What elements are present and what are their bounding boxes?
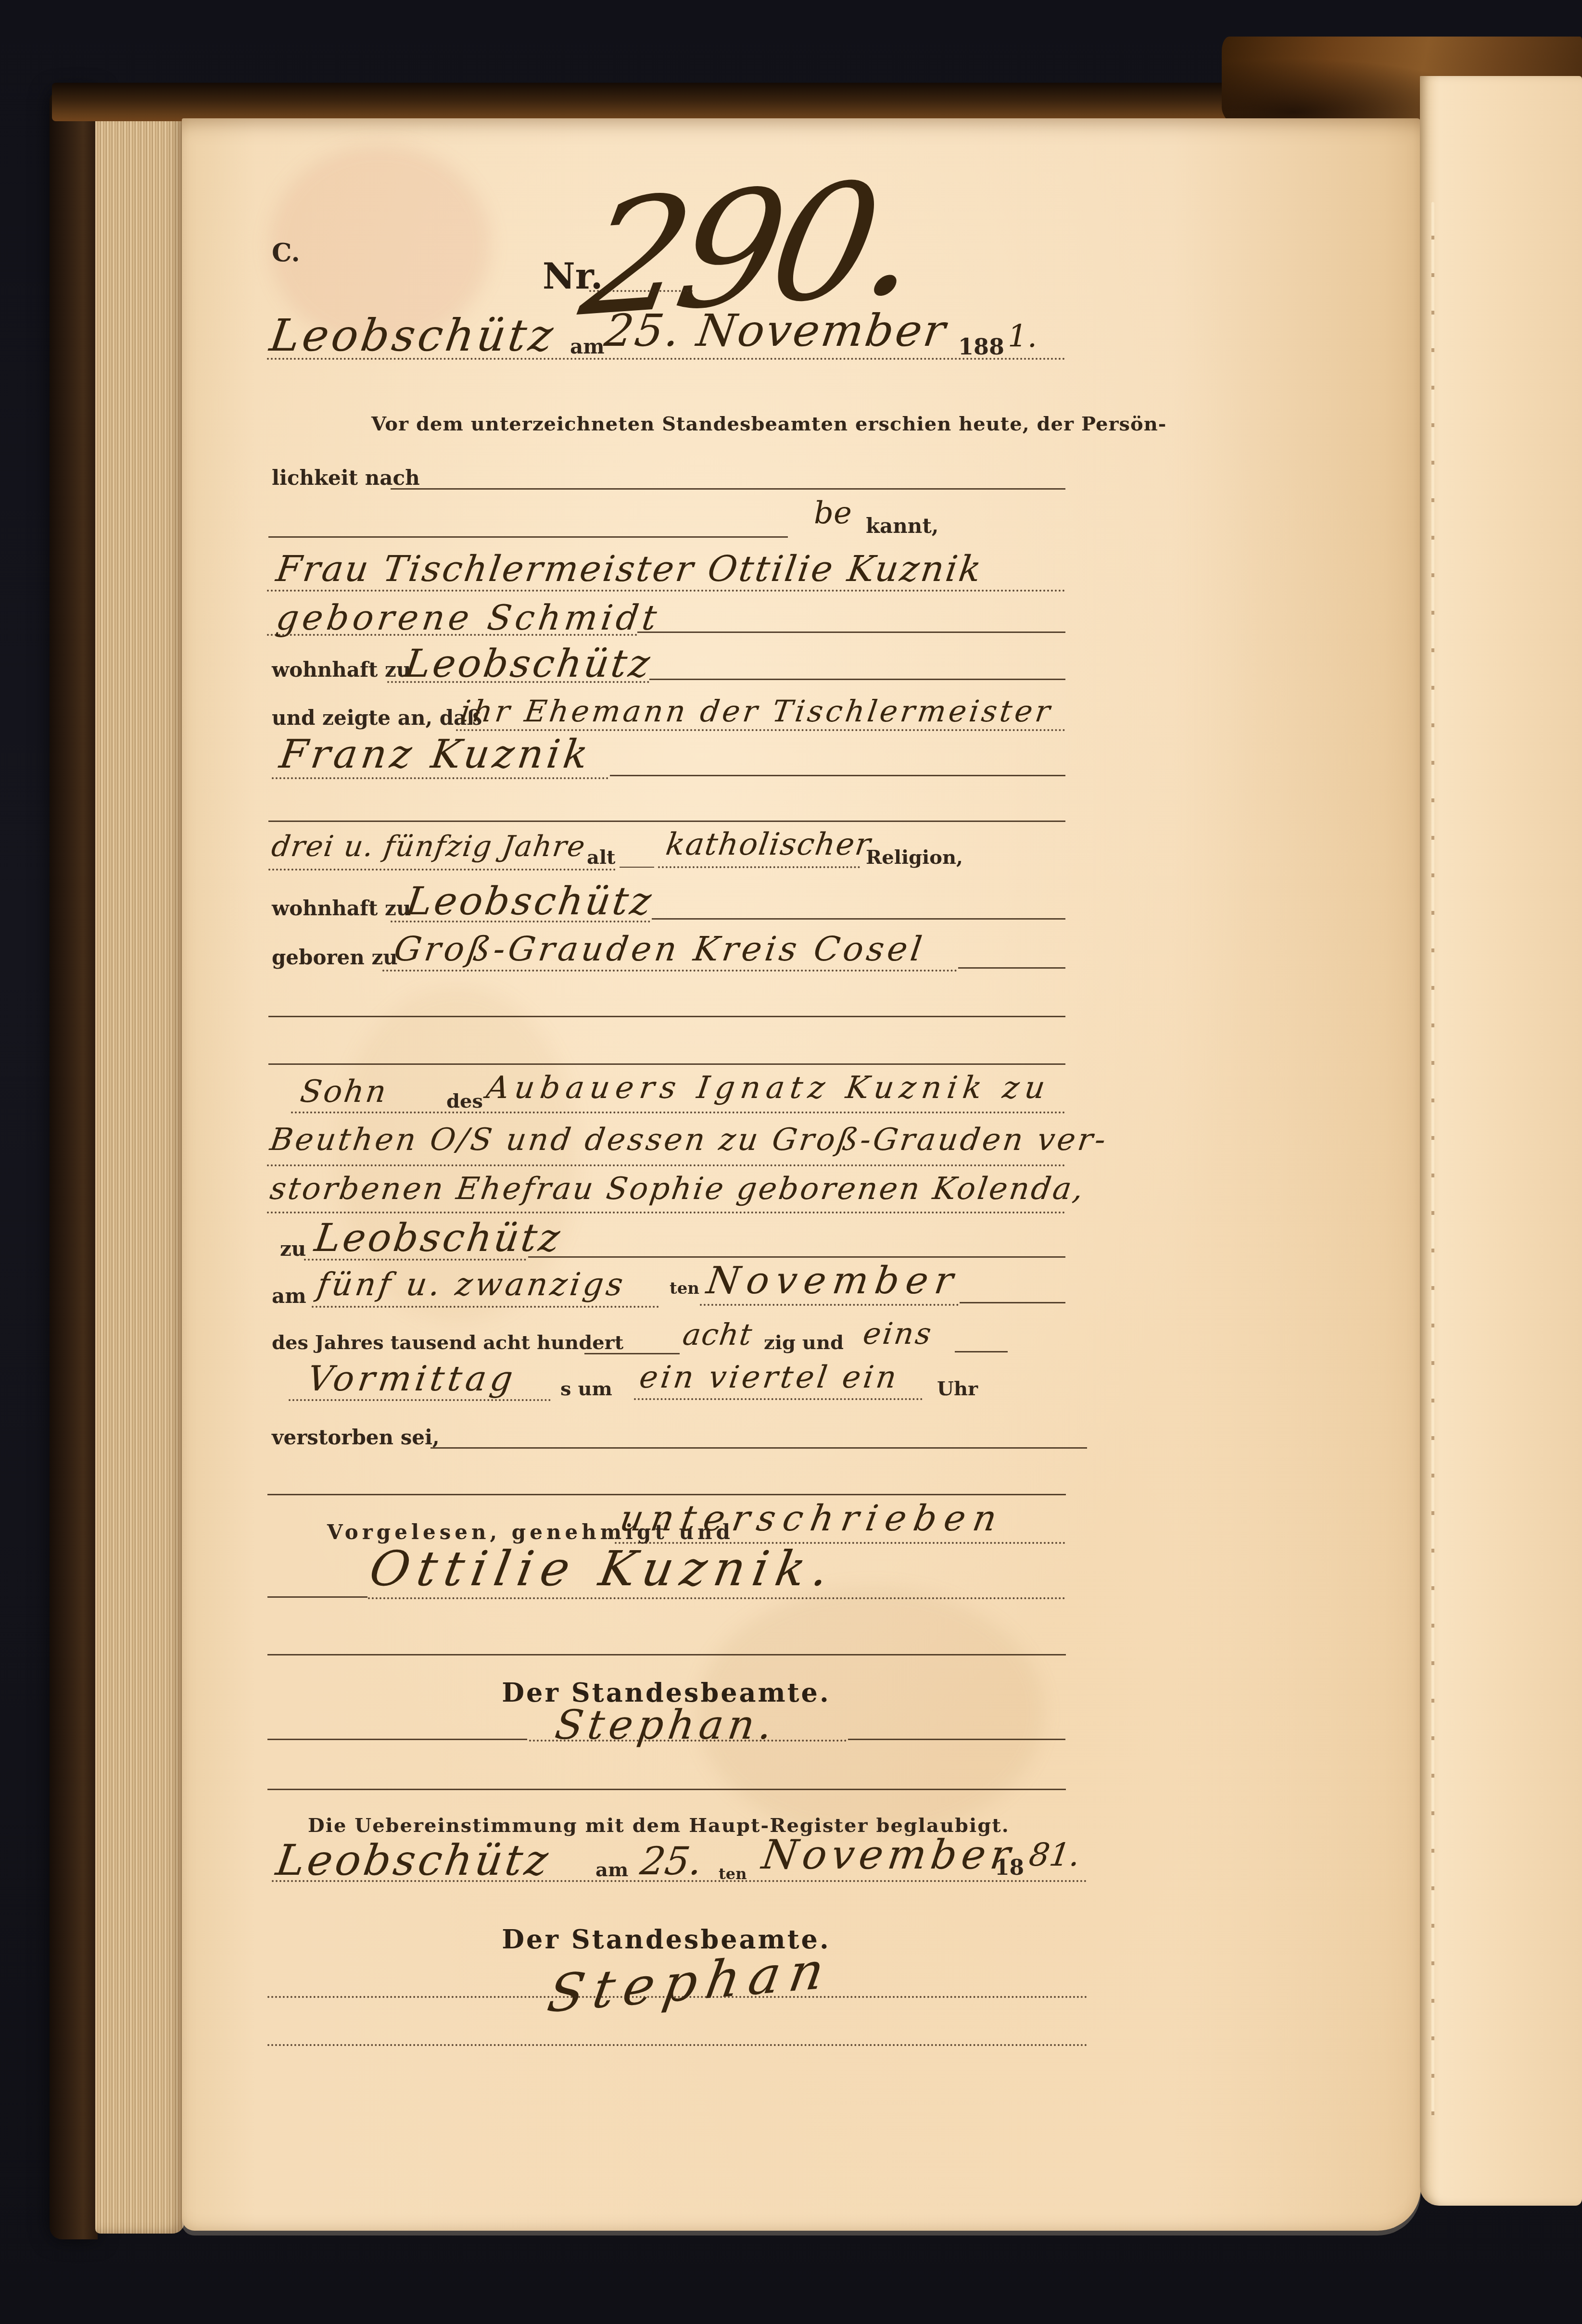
certification-day-suffix: ten: [719, 1866, 747, 1882]
deceased-religion: katholischer: [664, 829, 873, 860]
death-place-rule: [304, 1259, 526, 1261]
age-rule: [268, 869, 616, 871]
header-place: Leobschütz: [267, 314, 558, 358]
certification-year-printed: 18: [995, 1857, 1024, 1879]
death-place: Leobschütz: [312, 1219, 564, 1257]
signature-line-2: [267, 2044, 1088, 2046]
death-day-suffix: ten: [670, 1280, 699, 1297]
blank-rule: [268, 1063, 1065, 1065]
deceased-residence-rule: [391, 921, 650, 922]
header-am-label: am: [570, 337, 605, 357]
deceased-age: drei u. fünfzig Jahre: [270, 832, 588, 861]
filiation-line3: storbenen Ehefrau Sophie geborenen Kolen…: [268, 1174, 1087, 1204]
death-month-rule: [700, 1304, 959, 1306]
registrar-rule-left: [267, 1739, 527, 1740]
birthplace-label: geboren zu: [272, 947, 398, 968]
closing-rule: [430, 1447, 1087, 1449]
death-place-label: zu: [280, 1239, 306, 1259]
age-gap-rule: [620, 867, 654, 868]
declarant-name: Frau Tischlermeister Ottilie Kuznik: [274, 551, 985, 587]
death-year-label: des Jahres tausend acht hundert: [272, 1333, 623, 1352]
notice-hw: ihr Ehemann der Tischlermeister: [459, 696, 1055, 726]
filiation-rule2: [267, 1164, 1065, 1166]
death-month: November: [705, 1262, 962, 1300]
registrar-rule-mid: [529, 1740, 847, 1742]
blank-rule: [267, 1654, 1066, 1655]
filiation-label: des: [446, 1092, 483, 1111]
filiation-rule1: [291, 1111, 1065, 1113]
birthplace-rule-blank: [958, 967, 1065, 969]
certification-year-written: 81.: [1027, 1839, 1082, 1871]
filiation-line2: Beuthen O/S und dessen zu Groß-Grauden v…: [268, 1124, 1110, 1155]
intro-line2-label: lichkeit nach: [272, 468, 420, 488]
book-top-edge: [52, 83, 1423, 121]
signature-rule-left: [267, 1596, 367, 1598]
death-daytime: Vormittag: [305, 1361, 519, 1396]
certification-place: Leobschütz: [274, 1839, 554, 1882]
deceased-age-label: alt: [587, 848, 616, 867]
signature-rule: [368, 1597, 1065, 1599]
year-end-rule: [955, 1351, 1008, 1352]
header-year-printed: 188: [958, 336, 1004, 358]
header-year-written: 1.: [1008, 321, 1037, 352]
blank-rule: [391, 488, 1065, 490]
year-gap-rule: [584, 1353, 680, 1354]
declarant-name-rule: [267, 590, 1065, 592]
death-closing-label: verstorben sei,: [272, 1427, 440, 1448]
deceased-residence-rule-blank: [652, 918, 1065, 920]
registrar-heading-2: Der Standesbeamte.: [267, 1926, 1065, 1952]
book-spine: [50, 90, 98, 2239]
deceased-religion-label: Religion,: [866, 848, 963, 867]
header-rule: [267, 358, 1065, 360]
birthplace-rule: [382, 970, 957, 972]
filiation-hw1: Sohn: [299, 1076, 390, 1107]
recognized-label: kannt,: [866, 516, 938, 536]
birthplace-hw: Groß-Grauden Kreis Cosel: [392, 932, 927, 966]
intro-line1: Vor dem unterzeichneten Standesbeamten e…: [371, 415, 1166, 434]
binding-stitch: [1431, 202, 1434, 2116]
deceased-name-rule-blank: [610, 775, 1065, 776]
declarant-residence: Leobschütz: [402, 644, 654, 683]
death-day-rule: [312, 1306, 659, 1308]
filiation-rule3: [267, 1212, 1065, 1213]
page-edge-stack: [95, 112, 185, 2234]
filiation-hw2: Aubauers Ignatz Kuznik zu: [485, 1073, 1053, 1103]
birth-name-rule-blank: [637, 632, 1065, 633]
declarant-residence-label: wohnhaft zu: [272, 660, 411, 680]
death-year-hw2: eins: [861, 1319, 935, 1349]
certification-day: 25.: [638, 1842, 704, 1881]
deceased-name-rule: [272, 777, 608, 779]
death-time-label: Uhr: [937, 1379, 978, 1399]
signature-line-1: [267, 1996, 1088, 1998]
death-month-rule-blank: [960, 1302, 1065, 1303]
certification-am-label: am: [595, 1860, 628, 1880]
attestation-hw: unterschrieben: [617, 1501, 1007, 1536]
header-date: 25. November: [602, 309, 950, 353]
blank-rule: [268, 821, 1065, 822]
death-year-mid: zig und: [764, 1333, 844, 1352]
certification-month: November: [759, 1834, 1017, 1875]
deceased-residence-label: wohnhaft zu: [272, 898, 411, 919]
blank-rule: [267, 1494, 1066, 1495]
blank-rule: [267, 1789, 1066, 1790]
birth-name-rule: [267, 634, 637, 636]
death-day-label: am: [272, 1286, 306, 1306]
death-time: ein viertel ein: [638, 1362, 901, 1393]
residence-rule: [387, 681, 649, 683]
notice-label: und zeigte an, daß: [272, 708, 482, 728]
daytime-rule: [289, 1399, 551, 1401]
blank-rule: [268, 536, 788, 538]
time-rule: [634, 1398, 923, 1400]
religion-rule: [658, 866, 860, 868]
death-day: fünf u. zwanzigs: [315, 1269, 628, 1301]
declarant-signature: Ottilie Kuznik.: [366, 1545, 840, 1593]
notice-rule: [456, 729, 1065, 731]
next-page-gutter: [1420, 76, 1582, 2206]
recognized-hw: be: [814, 498, 852, 529]
death-place-rule-blank: [528, 1256, 1065, 1258]
deceased-residence: Leobschütz: [404, 882, 656, 921]
section-letter: C.: [272, 240, 300, 265]
death-daytime-label: s um: [560, 1379, 612, 1399]
residence-rule-blank: [649, 679, 1065, 680]
death-year-hw1: acht: [681, 1320, 755, 1350]
record-number-rule: [589, 290, 693, 292]
declarant-birth-name: geborene Schmidt: [274, 600, 662, 635]
deceased-name: Franz Kuznik: [277, 735, 594, 774]
registrar-rule-right: [848, 1739, 1065, 1740]
blank-rule: [268, 1016, 1065, 1017]
certification-rule: [272, 1880, 1087, 1882]
